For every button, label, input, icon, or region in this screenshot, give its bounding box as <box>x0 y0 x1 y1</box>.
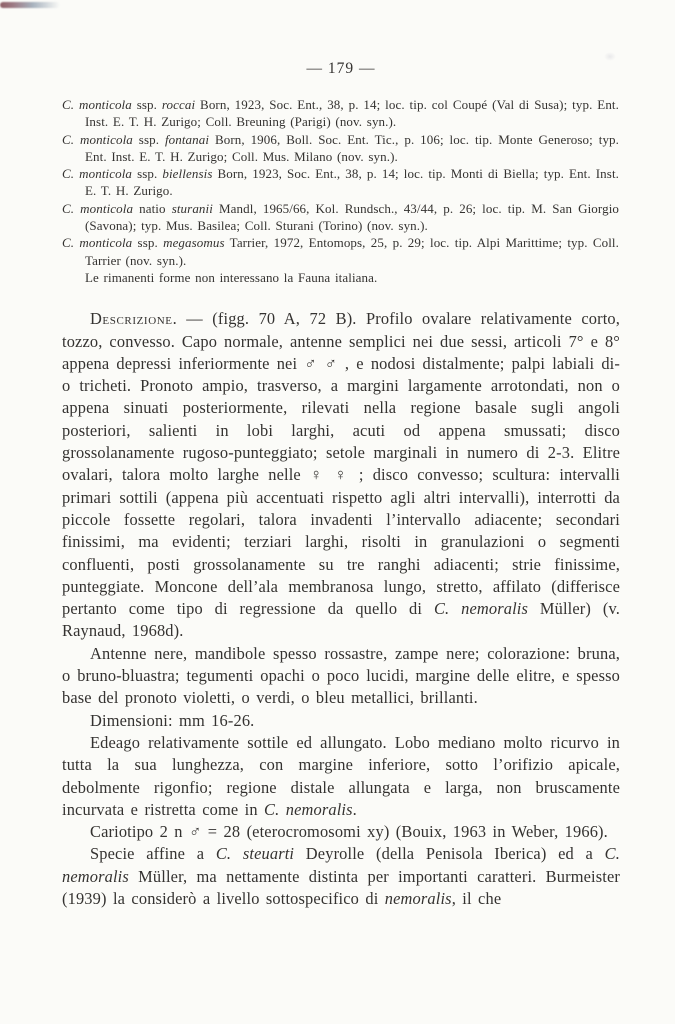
synonymy-entry: C. monticola ssp. megasomus Tarrier, 197… <box>62 234 619 269</box>
scanned-book-page: — 179 — C. monticola ssp. roccai Born, 1… <box>0 0 675 1024</box>
synonymy-note: Le rimanenti forme non interessano la Fa… <box>62 269 619 286</box>
synonymy-entry: C. monticola ssp. roccai Born, 1923, Soc… <box>62 96 619 131</box>
body-paragraph-affinity: Specie affine a C. steuarti Deyrolle (de… <box>62 843 620 910</box>
body-paragraph-aedeagus: Edeago relativamente sottile ed allungat… <box>62 732 620 821</box>
scan-artifact-mark <box>0 2 60 8</box>
body-paragraph-description: Descrizione. — (figg. 70 A, 72 B). Profi… <box>62 308 620 642</box>
scan-smudge <box>604 52 616 61</box>
body-paragraph-dimensions: Dimensioni: mm 16-26. <box>62 710 620 732</box>
synonymy-entry: C. monticola ssp. biellensis Born, 1923,… <box>62 165 619 200</box>
body-paragraph-karyotype: Cariotipo 2 n ♂ = 28 (eterocromosomi xy)… <box>62 821 620 843</box>
synonymy-entry: C. monticola ssp. fontanai Born, 1906, B… <box>62 131 619 166</box>
synonymy-list: C. monticola ssp. roccai Born, 1923, Soc… <box>62 96 619 286</box>
body-paragraph-coloration: Antenne nere, mandibole spesso rossastre… <box>62 643 620 710</box>
description-section: Descrizione. — (figg. 70 A, 72 B). Profi… <box>62 308 620 910</box>
synonymy-entry: C. monticola natio sturanii Mandl, 1965/… <box>62 200 619 235</box>
page-number: — 179 — <box>62 60 620 78</box>
